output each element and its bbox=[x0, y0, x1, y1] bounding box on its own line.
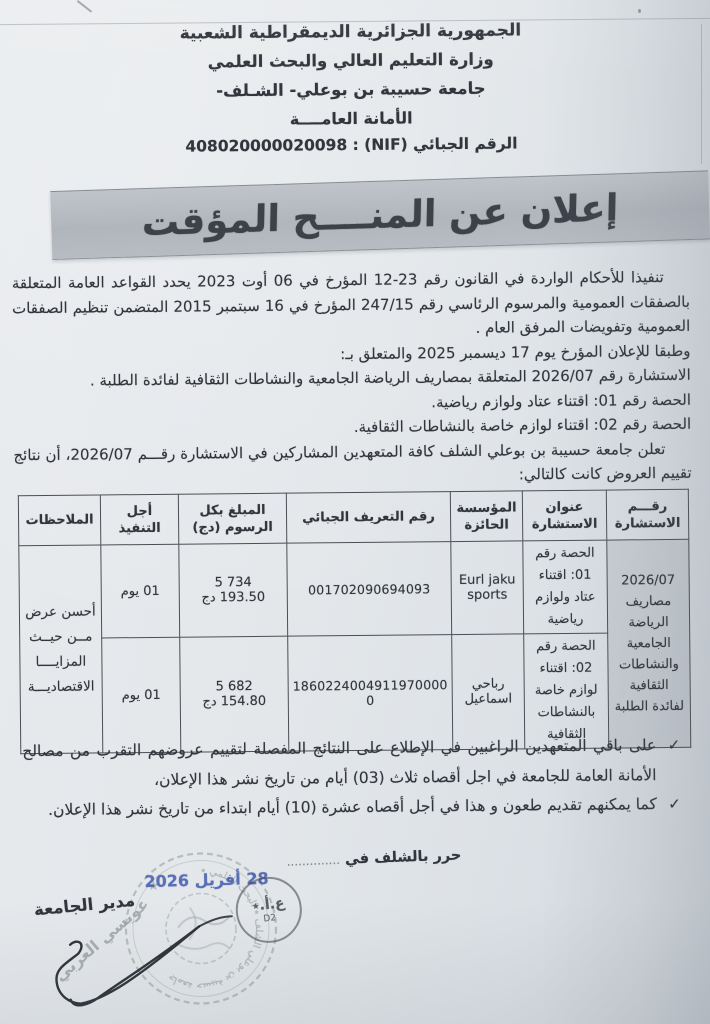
handwritten-signature bbox=[32, 902, 273, 1024]
cell-lot1-deadline: 01 يوم bbox=[101, 544, 180, 638]
intro-paragraphs: تنفيذا للأحكام الواردة في القانون رقم 23… bbox=[12, 265, 692, 492]
amount-value: 5 734 193.50 bbox=[214, 575, 265, 605]
table-header-row: رقـــم الاستشارة عنوان الاستشارة المؤسسة… bbox=[18, 489, 688, 545]
amount-value: 5 682 154.80 bbox=[215, 679, 266, 709]
check-icon: ✓ bbox=[668, 790, 681, 820]
results-table: رقـــم الاستشارة عنوان الاستشارة المؤسسة… bbox=[18, 489, 691, 754]
footer-notes: ✓ على باقي المتعهدين الراغبين في الإطلاع… bbox=[22, 731, 683, 826]
paragraph-legal-basis: تنفيذا للأحكام الواردة في القانون رقم 23… bbox=[12, 265, 691, 345]
issued-label: حرر بالشلف في bbox=[345, 848, 462, 868]
tax-label: الرقم الجبائي (NIF) : bbox=[353, 134, 518, 154]
tax-number: 408020000020098 bbox=[185, 136, 347, 156]
cell-notes: أحسن عرض مــن حيــث المزايــــا الاقتصاد… bbox=[19, 545, 103, 754]
paragraph-results-intro: تعلن جامعة حسيبة بن بوعلي الشلف كافة الم… bbox=[13, 436, 691, 492]
footer-note-text: على باقي المتعهدين الراغبين في الإطلاع ع… bbox=[22, 736, 656, 788]
cell-lot1-amount: 5 734 193.50دج bbox=[179, 543, 288, 637]
col-deadline: أجل التنفيذ bbox=[100, 494, 178, 545]
document-content: الجمهورية الجزائرية الديمقراطية الشعبية … bbox=[0, 0, 710, 1024]
cell-lot1-title: الحصة رقم 01: اقتناء عتاد ولوازم رياضية bbox=[523, 540, 608, 634]
footer-note-appeals: ✓ كما يمكنهم تقديم طعون و هذا في أجل أقص… bbox=[23, 790, 683, 826]
issued-dots: .............. bbox=[286, 853, 340, 869]
cell-lot1-tax-id: 001702090694093 bbox=[287, 542, 452, 637]
cell-lot1-company: Eurl jaku sports bbox=[451, 541, 524, 635]
col-tax-id: رقم التعريف الجبائي bbox=[286, 492, 450, 544]
page-title: إعلان عن المنــــح المؤقت bbox=[51, 171, 710, 259]
check-icon: ✓ bbox=[668, 731, 681, 761]
table-row: 2026/07 مصاريف الرياضة الجامعية والنشاطا… bbox=[19, 539, 690, 638]
header-department: الأمانة العامــــة bbox=[0, 106, 706, 132]
col-amount: المبلغ بكل الرسوم (دج) bbox=[178, 493, 286, 544]
scanned-document-page: الجمهورية الجزائرية الديمقراطية الشعبية … bbox=[0, 0, 710, 1024]
footer-note-consult-results: ✓ على باقي المتعهدين الراغبين في الإطلاع… bbox=[22, 731, 683, 796]
currency-label: دج bbox=[202, 694, 216, 709]
issued-at-line: حرر بالشلف في .............. bbox=[271, 848, 461, 871]
header-ministry: وزارة التعليم العالي والبحث العلمي bbox=[0, 48, 706, 74]
header-university: جامعة حسيبة بن بوعلي- الشـلف- bbox=[0, 77, 706, 103]
col-consultation-number: رقـــم الاستشارة bbox=[606, 489, 688, 540]
col-notes: الملاحظات bbox=[18, 495, 100, 546]
header-republic: الجمهورية الجزائرية الديمقراطية الشعبية bbox=[0, 19, 705, 46]
col-winning-company: المؤسسة الحائزة bbox=[450, 491, 522, 542]
cell-consultation-number: 2026/07 مصاريف الرياضة الجامعية والنشاطا… bbox=[607, 539, 691, 748]
footer-note-text: كما يمكنهم تقديم طعون و هذا في أجل أقصاه… bbox=[48, 795, 657, 819]
col-consultation-title: عنوان الاستشارة bbox=[522, 490, 606, 541]
title-banner: إعلان عن المنــــح المؤقت bbox=[50, 170, 710, 260]
header-tax-line: الرقم الجبائي (NIF) : 408020000020098 bbox=[0, 133, 707, 158]
currency-label: دج bbox=[201, 590, 215, 605]
